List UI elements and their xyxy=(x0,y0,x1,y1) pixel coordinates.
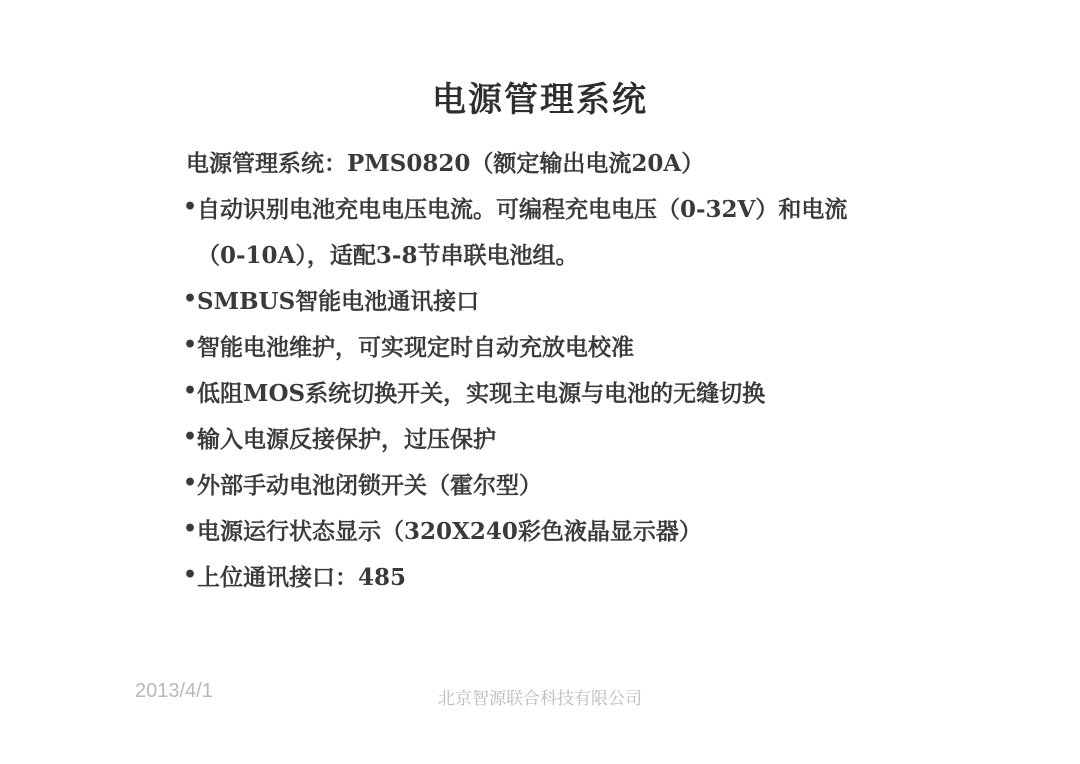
footer-company: 北京智源联合科技有限公司 xyxy=(0,684,1080,709)
bullet-text: 自动识别电池充电电压电流。可编程充电电压（0-32V）和电流 （0-10A），适… xyxy=(197,187,923,279)
bullet-item: • 输入电源反接保护，过压保护 xyxy=(183,417,923,463)
bullet-item: • SMBUS智能电池通讯接口 xyxy=(183,279,923,325)
bullet-item: • 电源运行状态显示（320X240彩色液晶显示器） xyxy=(183,509,923,555)
bullet-list: • 自动识别电池充电电压电流。可编程充电电压（0-32V）和电流 （0-10A）… xyxy=(183,187,923,601)
bullet-text: 上位通讯接口：485 xyxy=(197,555,923,601)
bullet-icon: • xyxy=(183,414,197,460)
bullet-item: • 智能电池维护，可实现定时自动充放电校准 xyxy=(183,325,923,371)
slide-canvas: 电源管理系统 电源管理系统：PMS0820（额定输出电流20A） • 自动识别电… xyxy=(0,0,1080,764)
bullet-item: • 低阻MOS系统切换开关，实现主电源与电池的无缝切换 xyxy=(183,371,923,417)
bullet-icon: • xyxy=(183,506,197,552)
intro-line: 电源管理系统：PMS0820（额定输出电流20A） xyxy=(183,141,923,187)
bullet-text: 低阻MOS系统切换开关，实现主电源与电池的无缝切换 xyxy=(197,371,923,417)
bullet-text: 智能电池维护，可实现定时自动充放电校准 xyxy=(197,325,923,371)
bullet-icon: • xyxy=(183,552,197,598)
bullet-icon: • xyxy=(183,460,197,506)
bullet-text: 电源运行状态显示（320X240彩色液晶显示器） xyxy=(197,509,923,555)
bullet-text: 外部手动电池闭锁开关（霍尔型） xyxy=(197,463,923,509)
bullet-text: SMBUS智能电池通讯接口 xyxy=(197,279,923,325)
bullet-icon: • xyxy=(183,276,197,322)
slide-body: 电源管理系统：PMS0820（额定输出电流20A） • 自动识别电池充电电压电流… xyxy=(183,141,923,601)
bullet-text: 输入电源反接保护，过压保护 xyxy=(197,417,923,463)
bullet-item: • 上位通讯接口：485 xyxy=(183,555,923,601)
bullet-icon: • xyxy=(183,184,197,230)
bullet-icon: • xyxy=(183,368,197,414)
bullet-item: • 外部手动电池闭锁开关（霍尔型） xyxy=(183,463,923,509)
bullet-item: • 自动识别电池充电电压电流。可编程充电电压（0-32V）和电流 （0-10A）… xyxy=(183,187,923,279)
slide-title: 电源管理系统 xyxy=(0,72,1080,121)
bullet-icon: • xyxy=(183,322,197,368)
